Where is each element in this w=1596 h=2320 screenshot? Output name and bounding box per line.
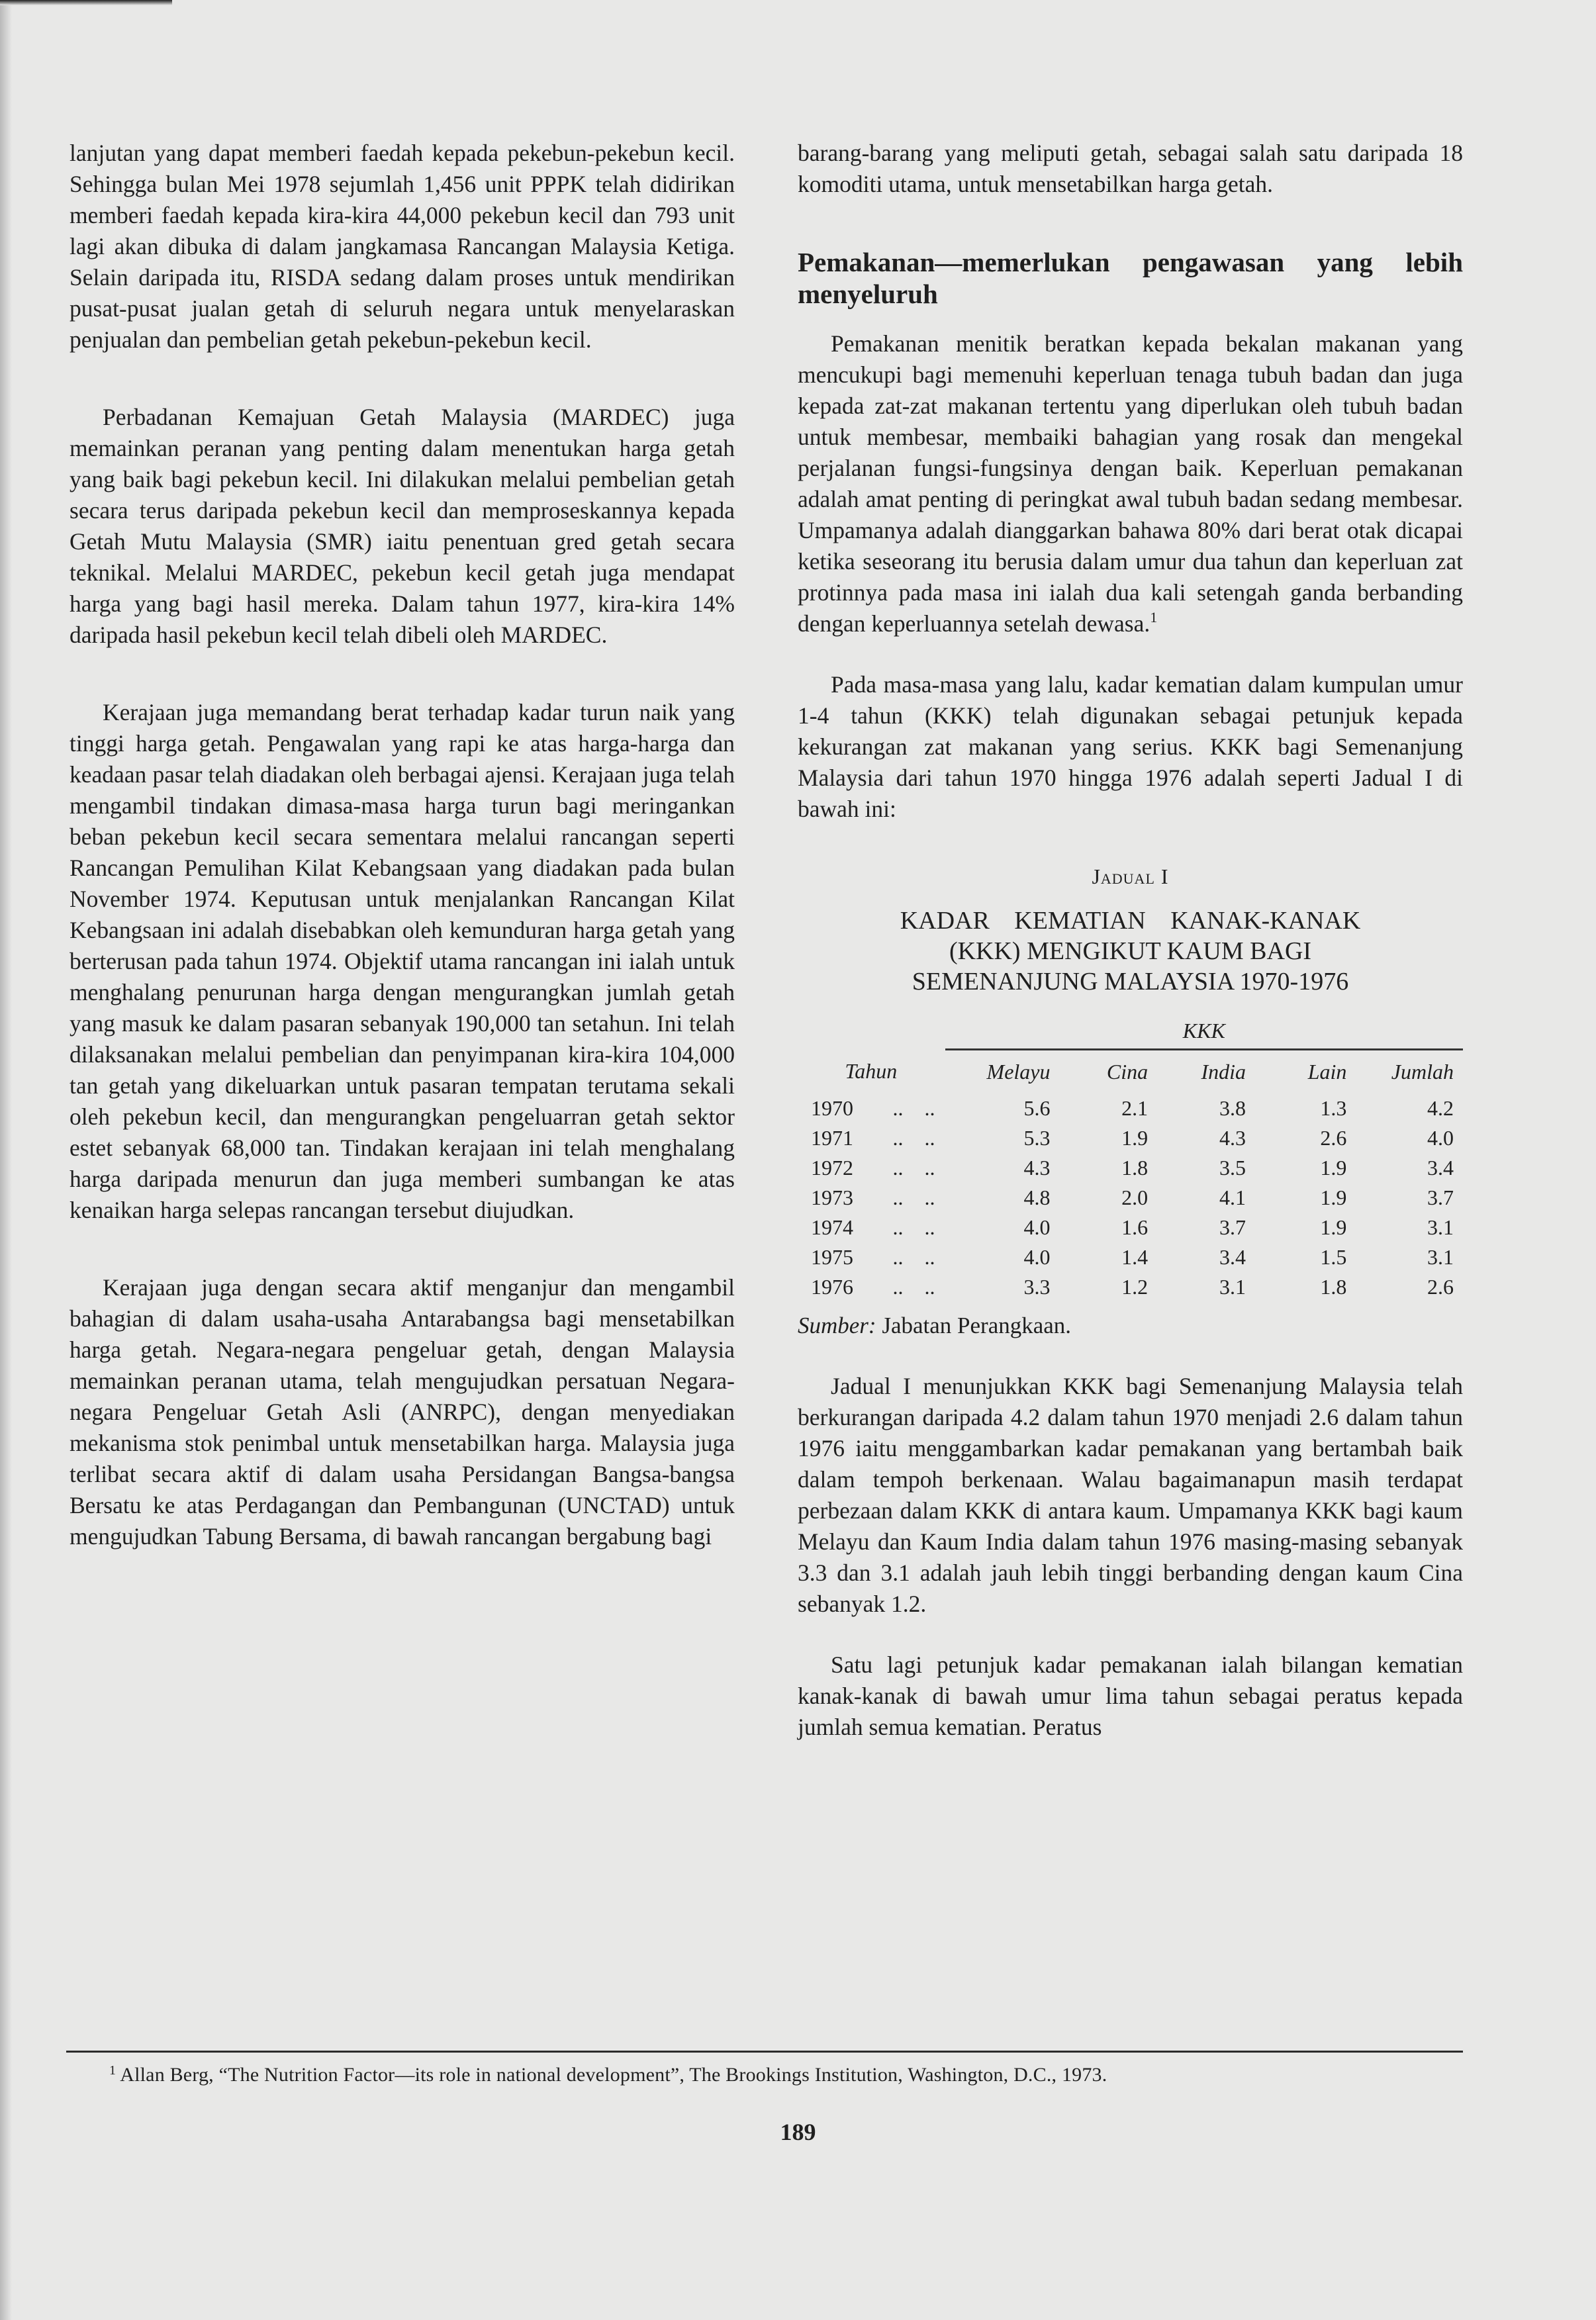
cell-cina: 1.6 — [1059, 1213, 1157, 1242]
cell-india: 3.4 — [1157, 1242, 1255, 1272]
cell-cina: 2.0 — [1059, 1183, 1157, 1213]
table-group-header-row: KKK — [798, 1015, 1463, 1050]
cell-jumlah: 2.6 — [1361, 1272, 1463, 1302]
right-column: barang-barang yang meliputi getah, sebag… — [798, 138, 1463, 1743]
table-title-line: SEMENANJUNG MALAYSIA 1970-1976 — [831, 966, 1430, 997]
cell-melayu: 4.3 — [945, 1153, 1060, 1183]
paragraph: Jadual I menunjukkan KKK bagi Semenanjun… — [798, 1371, 1463, 1620]
footnote: 1 Allan Berg, “The Nutrition Factor—its … — [109, 2062, 1473, 2088]
cell-jumlah: 3.4 — [1361, 1153, 1463, 1183]
cell-year: 1975 — [798, 1242, 883, 1272]
table-row: 1971 .. .. 5.3 1.9 4.3 2.6 4.0 — [798, 1123, 1463, 1153]
cell-jumlah: 3.7 — [1361, 1183, 1463, 1213]
cell-jumlah: 3.1 — [1361, 1213, 1463, 1242]
cell-lain: 1.9 — [1255, 1153, 1361, 1183]
kkk-table: KKK Tahun Melayu Cina India Lain Jumlah … — [798, 1015, 1463, 1302]
table-block: Jadual I KADAR KEMATIAN KANAK-KANAK (KKK… — [798, 863, 1463, 1341]
leader-dots: .. .. — [883, 1183, 945, 1213]
page-top-shadow — [0, 0, 172, 5]
table-row: 1972 .. .. 4.3 1.8 3.5 1.9 3.4 — [798, 1153, 1463, 1183]
cell-melayu: 5.6 — [945, 1093, 1060, 1123]
paragraph: Pemakanan menitik beratkan kepada bekala… — [798, 328, 1463, 639]
cell-lain: 2.6 — [1255, 1123, 1361, 1153]
cell-cina: 1.8 — [1059, 1153, 1157, 1183]
table-row: 1973 .. .. 4.8 2.0 4.1 1.9 3.7 — [798, 1183, 1463, 1213]
cell-india: 4.3 — [1157, 1123, 1255, 1153]
leader-dots: .. .. — [883, 1153, 945, 1183]
cell-lain: 1.3 — [1255, 1093, 1361, 1123]
cell-jumlah: 3.1 — [1361, 1242, 1463, 1272]
footnote-text: Allan Berg, “The Nutrition Factor—its ro… — [120, 2064, 1107, 2086]
leader-dots: .. .. — [883, 1093, 945, 1123]
cell-melayu: 5.3 — [945, 1123, 1060, 1153]
cell-india: 3.5 — [1157, 1153, 1255, 1183]
cell-melayu: 4.8 — [945, 1183, 1060, 1213]
cell-cina: 2.1 — [1059, 1093, 1157, 1123]
paragraph: Kerajaan juga dengan secara aktif mengan… — [70, 1272, 735, 1552]
table-title-line: (KKK) MENGIKUT KAUM BAGI — [831, 936, 1430, 966]
table-row: 1976 .. .. 3.3 1.2 3.1 1.8 2.6 — [798, 1272, 1463, 1302]
cell-lain: 1.9 — [1255, 1183, 1361, 1213]
cell-cina: 1.2 — [1059, 1272, 1157, 1302]
source-label: Sumber: — [798, 1313, 876, 1338]
table-row: 1975 .. .. 4.0 1.4 3.4 1.5 3.1 — [798, 1242, 1463, 1272]
cell-melayu: 4.0 — [945, 1213, 1060, 1242]
cell-melayu: 3.3 — [945, 1272, 1060, 1302]
leader-dots: .. .. — [883, 1213, 945, 1242]
cell-year: 1972 — [798, 1153, 883, 1183]
cell-cina: 1.4 — [1059, 1242, 1157, 1272]
col-header-tahun: Tahun — [798, 1050, 945, 1094]
page-edge-shadow — [0, 0, 12, 2320]
paragraph-text: Pemakanan menitik beratkan kepada bekala… — [798, 330, 1463, 637]
cell-india: 3.1 — [1157, 1272, 1255, 1302]
table-title: KADAR KEMATIAN KANAK-KANAK (KKK) MENGIKU… — [798, 905, 1463, 997]
col-header-melayu: Melayu — [945, 1050, 1060, 1094]
footnote-divider — [66, 2051, 1463, 2053]
footnote-marker[interactable]: 1 — [1150, 609, 1157, 626]
cell-lain: 1.5 — [1255, 1242, 1361, 1272]
cell-jumlah: 4.2 — [1361, 1093, 1463, 1123]
paragraph: Kerajaan juga memandang berat terhadap k… — [70, 697, 735, 1226]
table-header-row: Tahun Melayu Cina India Lain Jumlah — [798, 1050, 1463, 1094]
cell-india: 4.1 — [1157, 1183, 1255, 1213]
paragraph: Perbadanan Kemajuan Getah Malaysia (MARD… — [70, 402, 735, 651]
col-header-cina: Cina — [1059, 1050, 1157, 1094]
table-source: Sumber: Jabatan Perangkaan. — [798, 1310, 1463, 1341]
table-row: 1970 .. .. 5.6 2.1 3.8 1.3 4.2 — [798, 1093, 1463, 1123]
cell-year: 1974 — [798, 1213, 883, 1242]
table-label: Jadual I — [798, 863, 1463, 890]
leader-dots: .. .. — [883, 1272, 945, 1302]
cell-melayu: 4.0 — [945, 1242, 1060, 1272]
cell-india: 3.7 — [1157, 1213, 1255, 1242]
paragraph: Pada masa-masa yang lalu, kadar kematian… — [798, 669, 1463, 825]
left-column: lanjutan yang dapat memberi faedah kepad… — [70, 138, 735, 1552]
cell-year: 1976 — [798, 1272, 883, 1302]
source-text: Jabatan Perangkaan. — [882, 1313, 1071, 1338]
leader-dots: .. .. — [883, 1123, 945, 1153]
table-row: 1974 .. .. 4.0 1.6 3.7 1.9 3.1 — [798, 1213, 1463, 1242]
paragraph: barang-barang yang meliputi getah, sebag… — [798, 138, 1463, 200]
leader-dots: .. .. — [883, 1242, 945, 1272]
col-header-jumlah: Jumlah — [1361, 1050, 1463, 1094]
cell-lain: 1.8 — [1255, 1272, 1361, 1302]
col-header-lain: Lain — [1255, 1050, 1361, 1094]
paragraph: lanjutan yang dapat memberi faedah kepad… — [70, 138, 735, 355]
cell-india: 3.8 — [1157, 1093, 1255, 1123]
cell-year: 1970 — [798, 1093, 883, 1123]
cell-year: 1973 — [798, 1183, 883, 1213]
section-heading: Pemakanan—memerlukan pengawasan yang leb… — [798, 246, 1463, 310]
group-header-kkk: KKK — [945, 1015, 1463, 1050]
cell-lain: 1.9 — [1255, 1213, 1361, 1242]
page-number: 189 — [0, 2118, 1596, 2146]
cell-cina: 1.9 — [1059, 1123, 1157, 1153]
cell-jumlah: 4.0 — [1361, 1123, 1463, 1153]
cell-year: 1971 — [798, 1123, 883, 1153]
footnote-number: 1 — [109, 2063, 116, 2078]
col-header-india: India — [1157, 1050, 1255, 1094]
table-title-line: KADAR KEMATIAN KANAK-KANAK — [831, 905, 1430, 936]
paragraph: Satu lagi petunjuk kadar pemakanan ialah… — [798, 1649, 1463, 1743]
